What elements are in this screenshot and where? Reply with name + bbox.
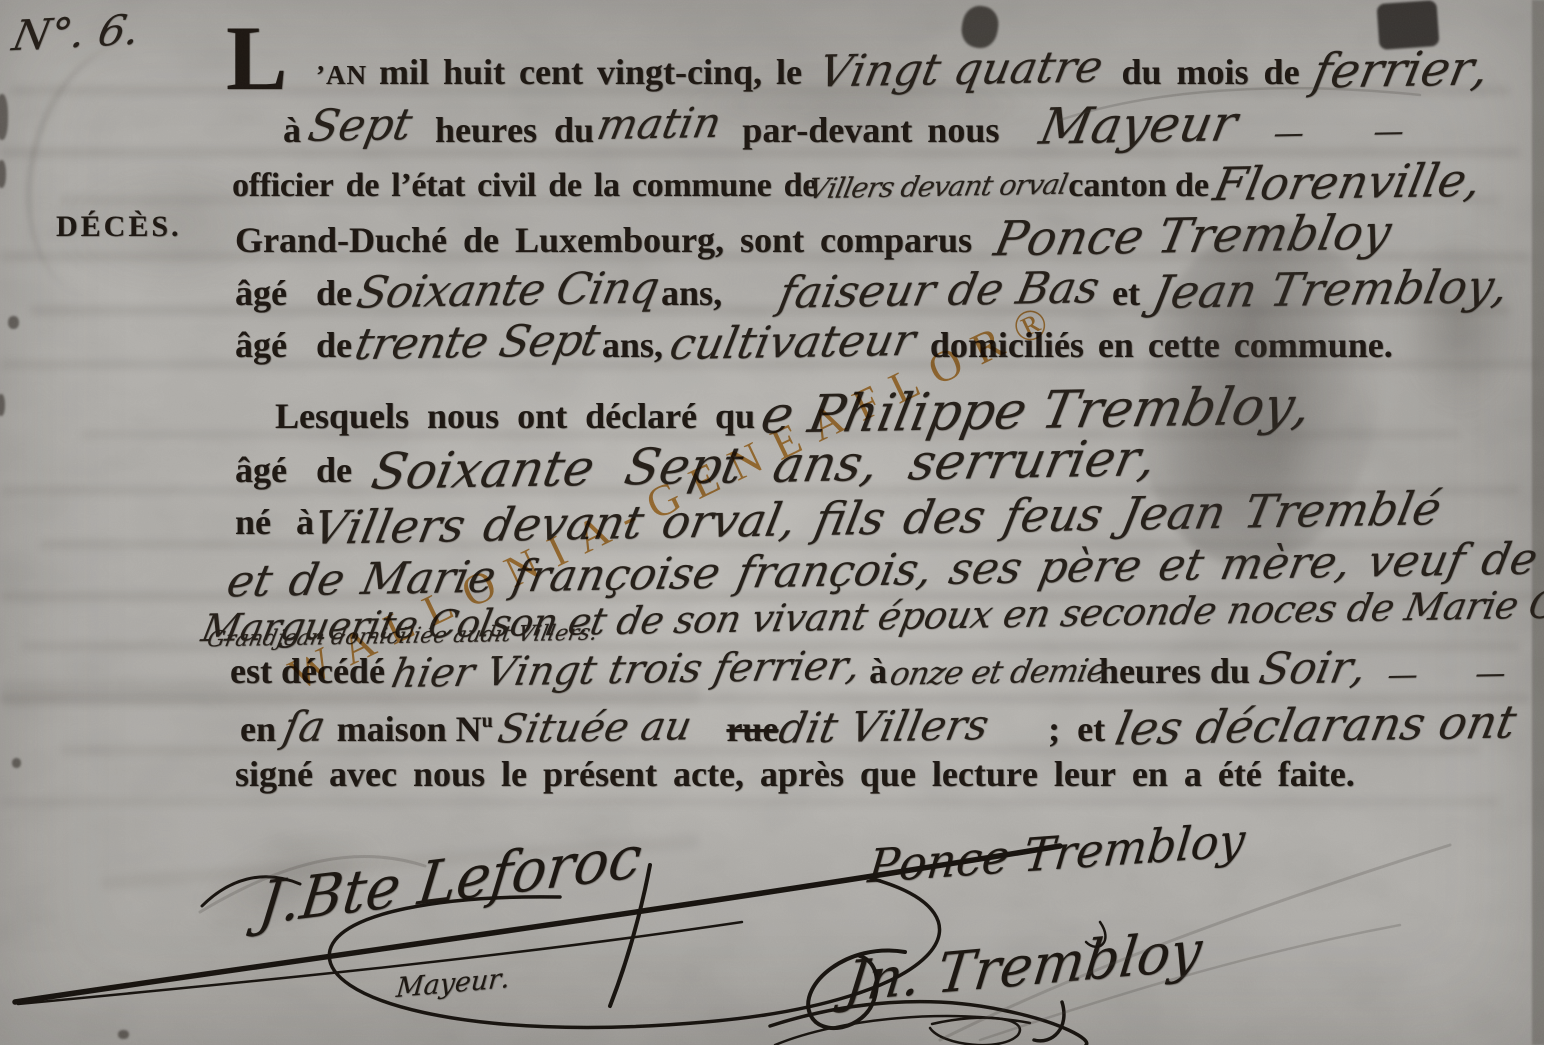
- printed-text: mil huit cent vingt-cinq, le: [379, 52, 802, 92]
- body-line-14: signé avec nous le présent acte, après q…: [235, 756, 1355, 792]
- printed-text: à: [869, 651, 887, 691]
- ruling-streak: [0, 798, 1500, 806]
- printed-text: officier de l’état civil de la commune d…: [232, 167, 817, 204]
- signature-official-title: Mayeur.: [395, 963, 511, 1004]
- dropcap: L: [226, 12, 287, 104]
- hw-day: Vingt quatre: [815, 46, 1106, 95]
- printed-text: ; et: [1048, 709, 1105, 749]
- act-type-label: DÉCÈS.: [56, 212, 182, 242]
- edge-mark: [8, 316, 19, 329]
- printed-text: en: [240, 709, 276, 749]
- hw-declarants-signed: les déclarans ont: [1112, 699, 1520, 752]
- hw-sa: ſa: [280, 706, 329, 749]
- printed-text: ans,: [602, 325, 663, 365]
- witness2-y-descender: [1034, 1002, 1064, 1041]
- edge-mark: [0, 94, 8, 140]
- hw-death-period: Soir,: [1255, 646, 1370, 692]
- printed-text: Lesquels nous ont déclaré qu: [275, 396, 755, 436]
- hw-canton: Florenville,: [1210, 157, 1485, 208]
- signature-witness2: Jn. Trembloy: [842, 918, 1206, 1014]
- body-line-1: ’ANmil huit cent vingt-cinq, leVingt qua…: [316, 44, 1488, 92]
- edge-mark: [1532, 0, 1544, 1045]
- printed-text: à: [283, 110, 301, 150]
- printed-superscript: u: [482, 710, 493, 732]
- printed-text: du mois de: [1122, 52, 1300, 92]
- hw-age1: Soixante Cinq: [353, 266, 662, 315]
- body-line-13: enſamaison NuSituée auruedit Villers; et…: [240, 702, 1515, 748]
- printed-text: maison N: [337, 709, 482, 749]
- official-underline-return: [18, 922, 742, 1004]
- hw-month: ferrier,: [1309, 44, 1493, 95]
- printed-text: par-devant nous: [742, 110, 999, 150]
- printed-text: âgé de: [235, 325, 352, 365]
- hw-officer: Mayeur: [1036, 98, 1241, 151]
- printed-struck-rue: rue: [726, 709, 778, 749]
- printed-text: heures du: [1099, 651, 1250, 691]
- act-number: N°. 6.: [9, 9, 143, 57]
- printed-text: et: [1112, 273, 1140, 313]
- body-line-12: est décédéhier Vingt trois ferrier,àonze…: [230, 647, 1544, 691]
- hw-commune: Villers devant orval: [806, 171, 1070, 203]
- witness2-loop: [930, 1018, 1020, 1045]
- edge-mark: [0, 160, 6, 188]
- body-line-2: àSeptheures dumatinpar-devant nousMayeur…: [283, 100, 1434, 150]
- signature-witness1: Ponce Trembloy: [866, 813, 1248, 894]
- printed-text: ans,: [661, 273, 722, 313]
- pen-dashes: — — —: [1384, 657, 1544, 691]
- hw-hour: Sept: [305, 103, 416, 149]
- hw-death-date: hier Vingt trois ferrier,: [388, 646, 864, 694]
- edge-mark: [0, 394, 5, 416]
- edge-mark: [12, 758, 21, 768]
- hw-house-location2: dit Villers: [776, 704, 993, 750]
- printed-text: canton de: [1068, 167, 1209, 204]
- printed-text: Grand-Duché de Luxembourg, sont comparus: [235, 220, 972, 260]
- printed-text: âgé de: [235, 273, 352, 313]
- smallcaps-an: ’AN: [316, 60, 367, 90]
- witness2-cross-stroke2: [775, 1016, 1030, 1045]
- hw-death-time: onze et demie: [888, 654, 1109, 690]
- hw-profession2: cultivateur: [666, 319, 918, 367]
- printed-text: âgé de: [235, 450, 352, 490]
- hw-age2: trente Sept: [351, 319, 602, 367]
- witness2-cross-stroke1: [770, 1002, 1087, 1045]
- printed-text: né à: [235, 502, 314, 542]
- printed-text: signé avec nous le présent acte, après q…: [235, 754, 1355, 794]
- body-line-3: officier de l’état civil de la commune d…: [232, 157, 1480, 203]
- death-record-page: N°. 6. DÉCÈS. L ’ANmil huit cent vingt-c…: [0, 0, 1544, 1045]
- hw-period: matin: [594, 102, 725, 146]
- printed-text: heures du: [435, 110, 594, 150]
- pen-dashes: — —: [1271, 117, 1437, 150]
- hw-house-location1: Située au: [495, 706, 695, 749]
- edge-mark: [118, 1030, 129, 1039]
